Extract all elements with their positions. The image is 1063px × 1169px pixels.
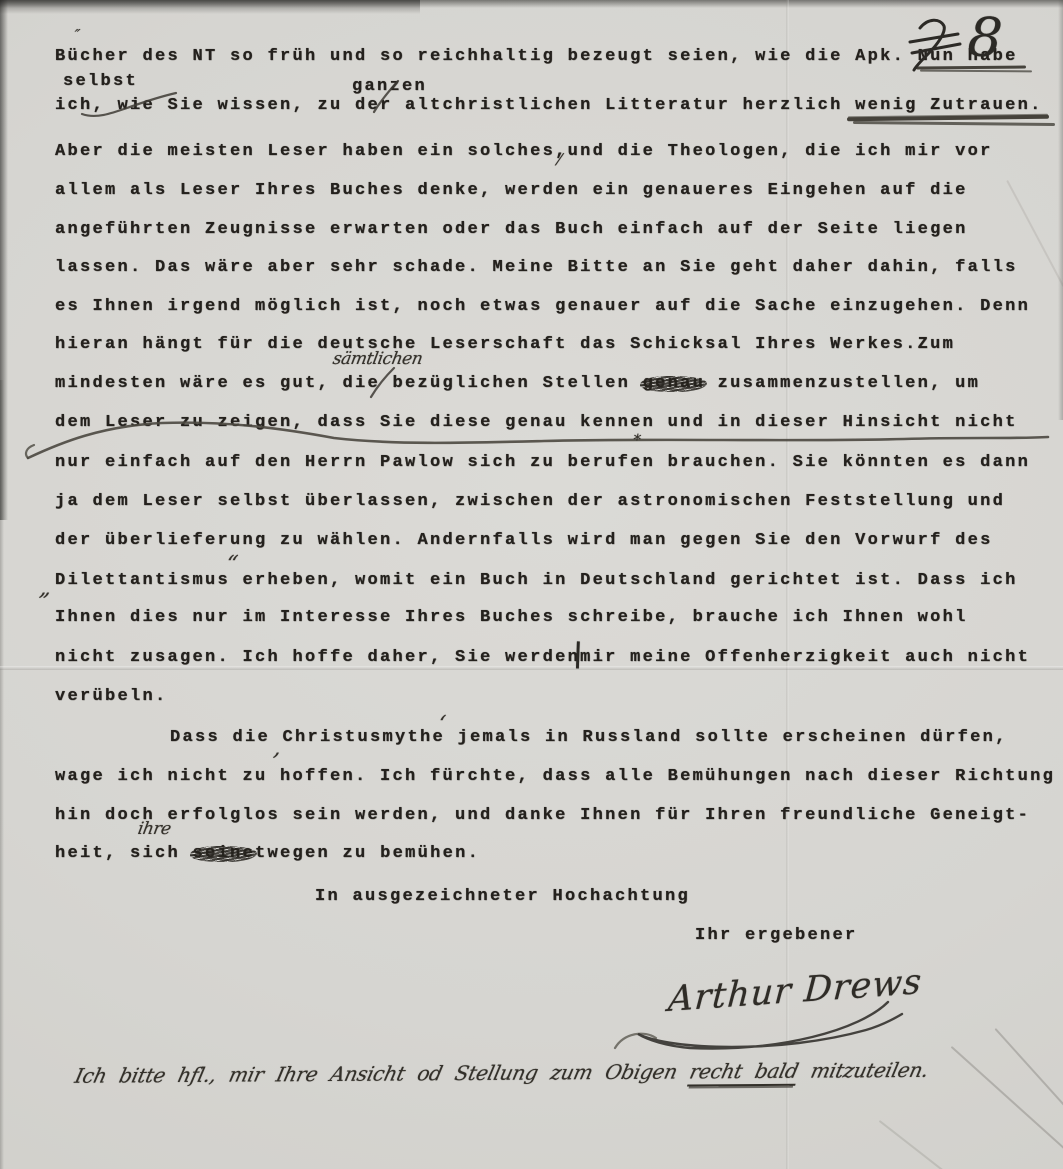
typed-line: In ausgezeichneter Hochachtung: [315, 886, 690, 908]
pencil-scratch: [879, 1120, 951, 1169]
typed-line: hieran hängt für die deutsche Leserschaf…: [55, 334, 955, 356]
postscript-text: Ich bitte hfl., mir Ihre Ansicht od Stel…: [73, 1059, 693, 1087]
typed-line: Bücher des NT so früh und so reichhaltig…: [55, 46, 1018, 68]
typed-line: ich, wie Sie wissen, zu der altchristlic…: [55, 95, 1043, 117]
scan-edge-top-left: [0, 0, 420, 14]
typed-line: ja dem Leser selbst überlassen, zwischen…: [55, 491, 1005, 513]
crossed-symbol-icon: [906, 14, 966, 76]
typed-line: Dilettantismus erheben, womit ein Buch i…: [55, 570, 1018, 592]
typed-line: heit, sich seinetwegen zu bemühen.: [55, 843, 480, 865]
typed-line: lassen. Das wäre aber sehr schade. Meine…: [55, 257, 1018, 279]
pencil-arc-above-postscript: [612, 1028, 660, 1052]
typed-line: Aber die meisten Leser haben ein solches…: [55, 141, 993, 163]
insertion-ihre: ihre: [136, 819, 172, 839]
typed-line: Ihr ergebener: [695, 925, 858, 947]
scan-edge-left: [0, 0, 8, 520]
typed-line: hin doch erfolglos sein werden, und dank…: [55, 805, 1030, 827]
typed-line: wage ich nicht zu hoffen. Ich fürchte, d…: [55, 766, 1055, 788]
insertion-saemtlichen: sämtlichen: [331, 349, 424, 369]
typed-line: dem Leser zu zeigen, dass Sie diese gena…: [55, 412, 1018, 434]
signature: Arthur Drews: [667, 963, 923, 1019]
scan-edge-left-lower: [0, 380, 4, 1169]
insertion-mark-after-kennen: ⁎: [632, 426, 643, 444]
pencil-scratch: [995, 1028, 1063, 1156]
typed-line: allem als Leser Ihres Buches denke, werd…: [55, 180, 968, 202]
scan-edge-right: [1058, 0, 1063, 420]
typed-line: mindesten wäre es gut, die bezüglichen S…: [55, 373, 980, 395]
typed-line: nur einfach auf den Herrn Pawlow sich zu…: [55, 452, 1030, 474]
typed-line: nicht zusagen. Ich hoffe daher, Sie werd…: [55, 647, 1030, 669]
handwritten-umlaut-buecher: ″: [72, 26, 81, 44]
handwritten-open-quote-dilettantismus: „: [38, 576, 54, 601]
page-number: 8: [966, 9, 1004, 67]
typed-line: Ihnen dies nur im Interesse Ihres Buches…: [55, 607, 968, 629]
postscript-text: mitzuteilen.: [795, 1058, 931, 1083]
insertion-bar-werden-mir: |: [572, 638, 583, 669]
typed-line: verübeln.: [55, 686, 168, 708]
typed-line: selbst: [63, 71, 138, 93]
page-number-mark: 8: [906, 8, 1016, 80]
letter-page: Bücher des NT so früh und so reichhaltig…: [0, 0, 1063, 1169]
postscript-emphasis: recht bald: [687, 1059, 801, 1087]
handwritten-postscript: Ich bitte hfl., mir Ihre Ansicht od Stel…: [72, 1055, 870, 1091]
pencil-scratch: [951, 1046, 1063, 1169]
typed-line: Dass die Christusmythe jemals in Russlan…: [170, 727, 1008, 749]
typed-line: der überlieferung zu wählen. Andernfalls…: [55, 530, 993, 552]
typed-line: angeführten Zeugnisse erwarten oder das …: [55, 219, 968, 241]
scan-edge-top: [0, 0, 1063, 8]
typed-line: es Ihnen irgend möglich ist, noch etwas …: [55, 296, 1030, 318]
